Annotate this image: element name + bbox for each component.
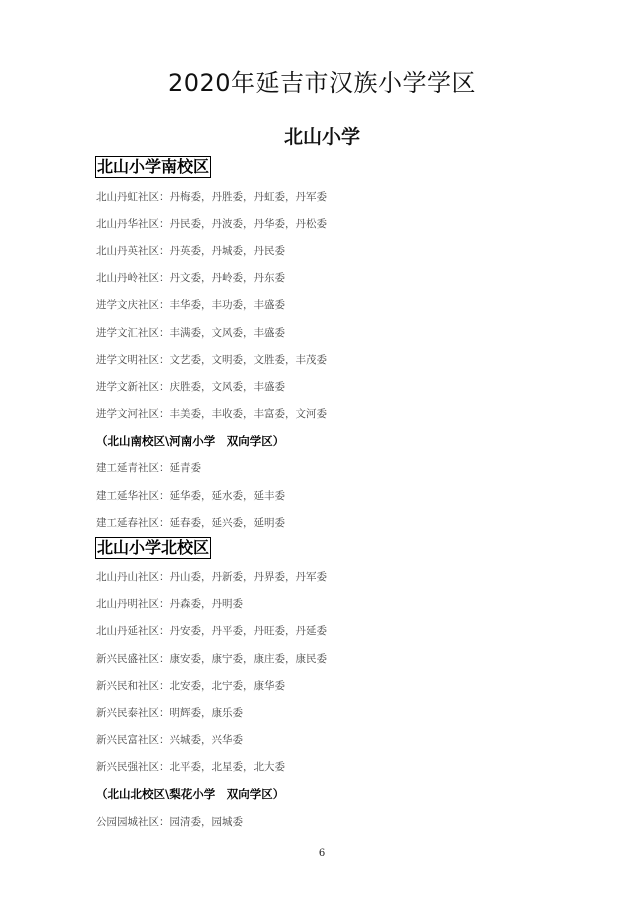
shared-district-note: （北山南校区\河南小学 双向学区）	[96, 434, 284, 448]
district-row: 进学文河社区：丰美委，丰收委，丰富委，文河委	[96, 407, 327, 421]
district-row: 公园园城社区：园清委，园城委	[96, 815, 243, 829]
district-row: 北山丹岭社区：丹文委，丹岭委，丹东委	[96, 271, 285, 285]
district-row: 新兴民泰社区：明辉委，康乐委	[96, 706, 243, 720]
district-row: 新兴民强社区：北平委，北星委，北大委	[96, 760, 285, 774]
district-row: 北山丹华社区：丹民委，丹波委，丹华委，丹松委	[96, 217, 327, 231]
school-name: 北山小学	[0, 122, 644, 149]
district-row: 进学文明社区：文艺委，文明委，文胜委，丰茂委	[96, 353, 327, 367]
page-number: 6	[0, 848, 644, 859]
district-row: 进学文庆社区：丰华委，丰功委，丰盛委	[96, 298, 285, 312]
district-row: 北山丹延社区：丹安委，丹平委，丹旺委，丹延委	[96, 624, 327, 638]
document-title: 2020年延吉市汉族小学学区	[0, 63, 644, 98]
shared-district-note: （北山北校区\梨花小学 双向学区）	[96, 787, 284, 801]
south-campus-heading: 北山小学南校区	[95, 156, 211, 178]
district-row: 建工延华社区：延华委，延水委，延丰委	[96, 489, 285, 503]
district-row: 新兴民盛社区：康安委，康宁委，康庄委，康民委	[96, 652, 327, 666]
district-row: 新兴民富社区：兴城委，兴华委	[96, 733, 243, 747]
district-row: 进学文新社区：庆胜委，文风委，丰盛委	[96, 380, 285, 394]
district-row: 北山丹明社区：丹森委，丹明委	[96, 597, 243, 611]
district-row: 建工延青社区：延青委	[96, 461, 201, 475]
district-row: 北山丹英社区：丹英委，丹城委，丹民委	[96, 244, 285, 258]
district-row: 新兴民和社区：北安委，北宁委，康华委	[96, 679, 285, 693]
district-row: 北山丹虹社区：丹梅委，丹胜委，丹虹委，丹军委	[96, 190, 327, 204]
district-row: 进学文汇社区：丰满委，文风委，丰盛委	[96, 326, 285, 340]
district-row: 建工延春社区：延春委，延兴委，延明委	[96, 516, 285, 530]
north-campus-heading: 北山小学北校区	[95, 537, 211, 559]
district-row: 北山丹山社区：丹山委，丹新委，丹界委，丹军委	[96, 570, 327, 584]
